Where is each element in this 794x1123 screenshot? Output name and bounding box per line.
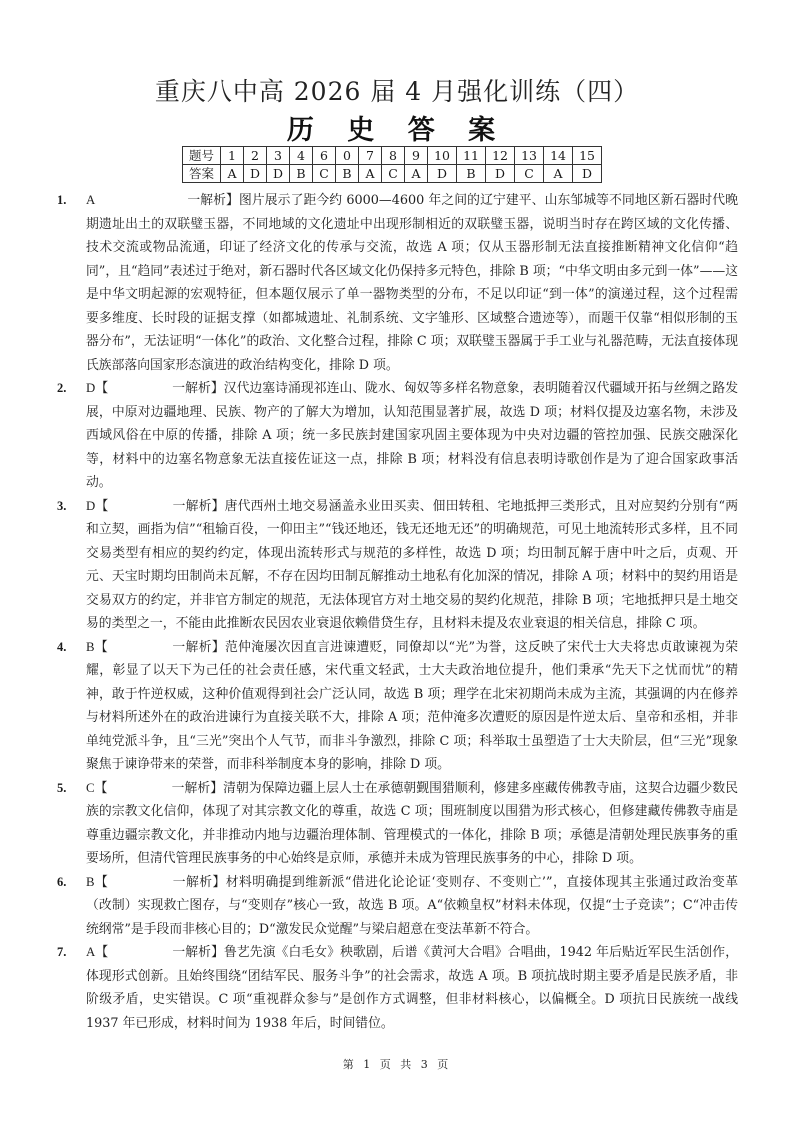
question-number-cell: 15 xyxy=(573,147,602,165)
question-number-cell: 6 xyxy=(313,147,336,165)
answer-cell: B xyxy=(290,165,313,183)
item-bracket: 【 xyxy=(95,875,109,890)
explanation-item: 7. A【一解析】鲁艺先演《白毛女》秧歌剧，后谱《黄河大合唱》合唱曲，1942 … xyxy=(0,941,794,1035)
explanation-item: 3. D【一解析】唐代西州土地交易涵盖永业田买卖、佃田转租、宅地抵押三类形式，且… xyxy=(0,495,794,636)
question-number-cell: 12 xyxy=(486,147,515,165)
item-answer: C xyxy=(86,781,95,795)
item-analysis-label: 一解析】 xyxy=(172,499,224,514)
question-number-cell: 14 xyxy=(544,147,573,165)
item-answer: D xyxy=(86,499,95,513)
answer-table: 题号 1 2 3 4 6 0 7 8 9 10 11 12 13 14 15 答… xyxy=(182,146,602,183)
item-analysis-label: 一解析】 xyxy=(172,781,224,796)
explanation-item: 2. D【一解析】汉代边塞诗涌现祁连山、陇水、匈奴等多样名物意象，表明随着汉代疆… xyxy=(0,377,794,495)
item-number: 7. xyxy=(57,941,66,965)
question-number-cell: 8 xyxy=(382,147,405,165)
answer-cell: D xyxy=(428,165,457,183)
answer-cell: C xyxy=(515,165,544,183)
row-label-answer: 答案 xyxy=(183,165,221,183)
item-analysis-label: 一解析】 xyxy=(172,875,225,890)
answer-cell: D xyxy=(267,165,290,183)
answer-cell: B xyxy=(457,165,486,183)
explanation-item: 4. B【一解析】范仲淹屡次因直言进谏遭贬，同僚却以“光”为誉，这反映了宋代士大… xyxy=(0,636,794,777)
item-answer: D xyxy=(86,381,95,395)
question-number-cell: 3 xyxy=(267,147,290,165)
question-number-cell: 0 xyxy=(336,147,359,165)
item-answer: B xyxy=(86,875,95,889)
answer-table-answer-row: 答案 A D D B C B A C A D B D C A D xyxy=(183,165,602,183)
item-analysis-label: 一解析】 xyxy=(172,381,224,396)
question-number-cell: 1 xyxy=(221,147,244,165)
explanation-item: 1. A一解析】图片展示了距今约 6000—4600 年之间的辽宁建平、山东邹城… xyxy=(0,189,794,377)
item-analysis-label: 一解析】 xyxy=(172,945,224,960)
item-answer: B xyxy=(86,640,95,654)
answer-cell: A xyxy=(359,165,382,183)
question-number-cell: 13 xyxy=(515,147,544,165)
question-number-cell: 9 xyxy=(405,147,428,165)
answer-cell: C xyxy=(382,165,405,183)
item-bracket: 【 xyxy=(95,640,109,655)
answer-cell: C xyxy=(313,165,336,183)
page-title: 重庆八中高 2026 届 4 月强化训练（四） xyxy=(0,72,794,108)
answer-cell: A xyxy=(221,165,244,183)
item-number: 1. xyxy=(57,189,66,213)
item-number: 4. xyxy=(57,636,66,660)
item-analysis-text: 唐代西州土地交易涵盖永业田买卖、佃田转租、宅地抵押三类形式，且对应契约分别有“两… xyxy=(86,499,738,632)
item-number: 5. xyxy=(57,777,66,801)
explanation-item: 5. C【一解析】清朝为保障边疆上层人士在承德朝觐围猎顺利，修建多座藏传佛教寺庙… xyxy=(0,777,794,871)
page-subtitle: 历 史 答 案 xyxy=(0,108,794,147)
item-bracket: 【 xyxy=(95,381,108,396)
answer-cell: D xyxy=(244,165,267,183)
item-analysis-label: 一解析】 xyxy=(172,640,225,655)
item-bracket: 【 xyxy=(95,945,108,960)
item-analysis-text: 范仲淹屡次因直言进谏遭贬，同僚却以“光”为誉，这反映了宋代士大夫将忠贞敢谏视为荣… xyxy=(86,640,738,773)
page-footer: 第 1 页 共 3 页 xyxy=(0,1056,794,1072)
item-bracket: 【 xyxy=(95,781,108,796)
item-analysis-text: 汉代边塞诗涌现祁连山、陇水、匈奴等多样名物意象，表明随着汉代疆域开拓与丝绸之路发… xyxy=(86,381,738,490)
explanation-item: 6. B【一解析】材料明确提到维新派“借进化论论证‘变则存、不变则亡’”，直接体… xyxy=(0,871,794,942)
question-number-cell: 2 xyxy=(244,147,267,165)
question-number-cell: 4 xyxy=(290,147,313,165)
item-number: 3. xyxy=(57,495,66,519)
answer-table-header-row: 题号 1 2 3 4 6 0 7 8 9 10 11 12 13 14 15 xyxy=(183,147,602,165)
item-answer: A xyxy=(86,945,95,959)
item-number: 6. xyxy=(57,871,66,895)
answer-cell: A xyxy=(544,165,573,183)
item-bracket: 【 xyxy=(95,499,108,514)
answer-cell: D xyxy=(573,165,602,183)
question-number-cell: 7 xyxy=(359,147,382,165)
item-analysis-text: 图片展示了距今约 6000—4600 年之间的辽宁建平、山东邹城等不同地区新石器… xyxy=(86,193,738,373)
answer-cell: B xyxy=(336,165,359,183)
item-number: 2. xyxy=(57,377,66,401)
item-analysis-label: 一解析】 xyxy=(187,193,239,208)
item-answer: A xyxy=(86,193,95,207)
row-label-question-number: 题号 xyxy=(183,147,221,165)
question-number-cell: 10 xyxy=(428,147,457,165)
question-number-cell: 11 xyxy=(457,147,486,165)
answer-cell: D xyxy=(486,165,515,183)
answer-explanations: 1. A一解析】图片展示了距今约 6000—4600 年之间的辽宁建平、山东邹城… xyxy=(0,189,794,1035)
answer-cell: A xyxy=(405,165,428,183)
